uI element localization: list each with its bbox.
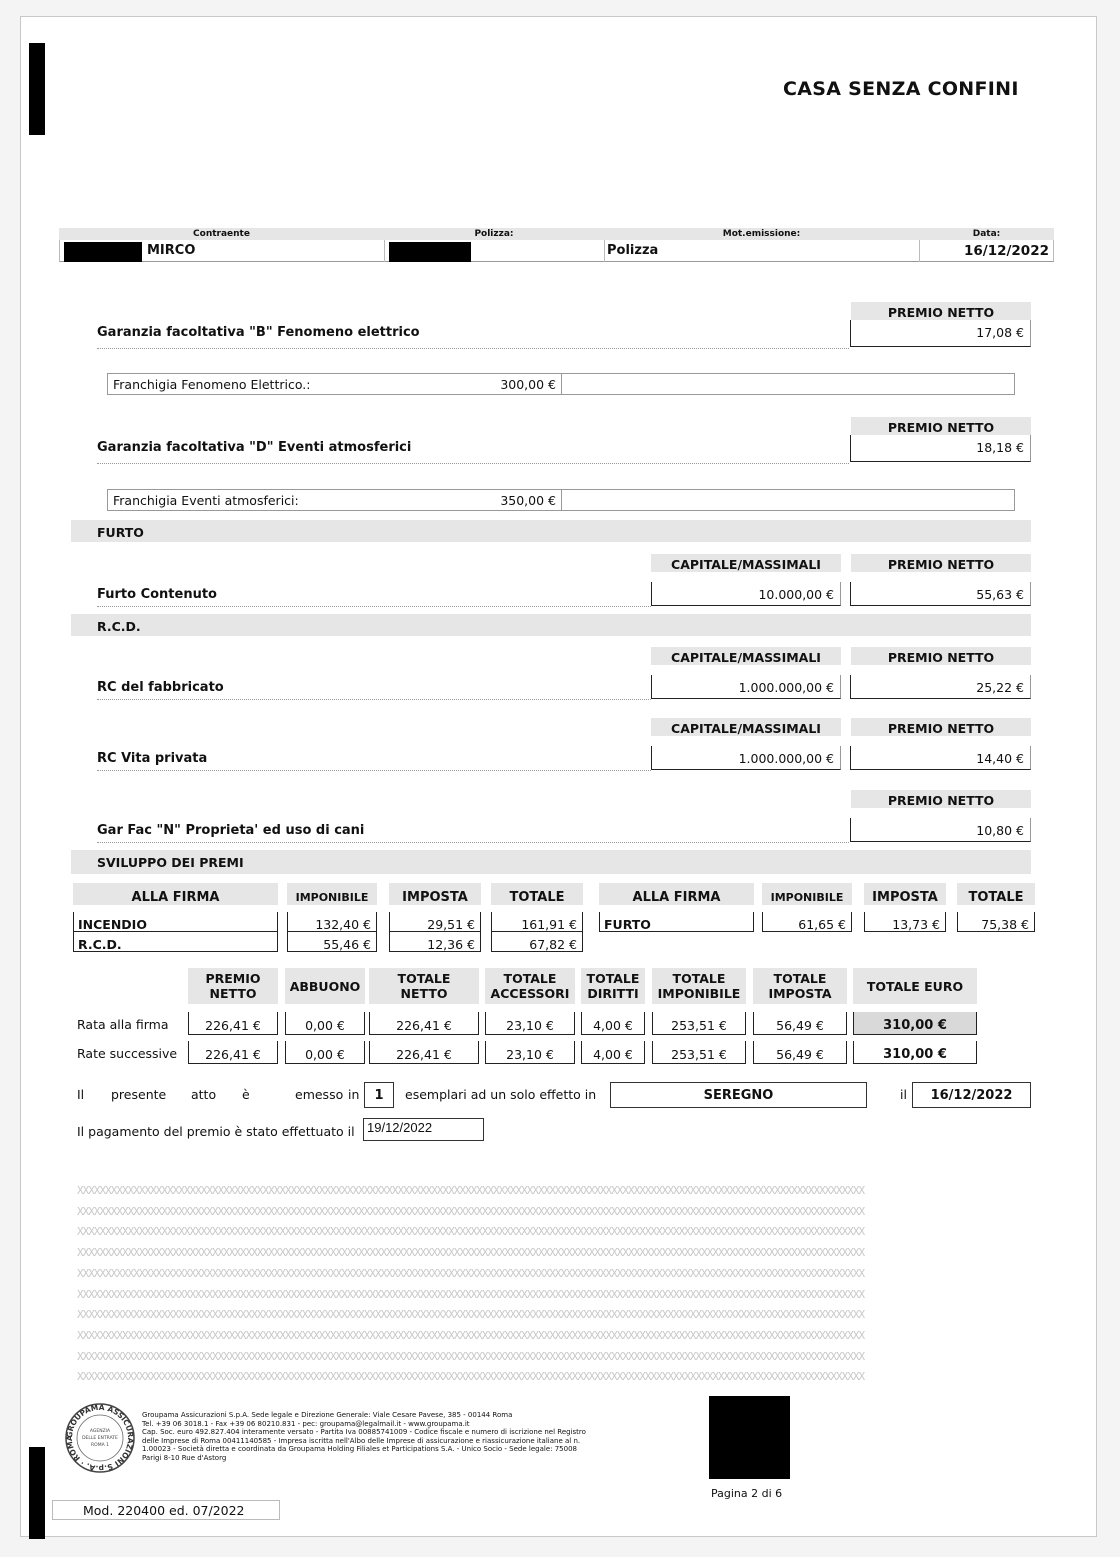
totals-header: TOTALE EURO bbox=[853, 968, 977, 1004]
premio-netto-header-d: PREMIO NETTO bbox=[851, 417, 1031, 435]
totals-header-label: PREMIO NETTO bbox=[191, 971, 276, 1001]
sviluppo-left-value: 67,82 € bbox=[491, 932, 583, 952]
guarantee-b-premio: 17,08 € bbox=[850, 320, 1031, 347]
totals-value: 0,00 € bbox=[285, 1012, 365, 1035]
page-number: Pagina 2 di 6 bbox=[711, 1487, 782, 1500]
guarantee-b-label: Garanzia facoltativa "B" Fenomeno elettr… bbox=[97, 325, 849, 349]
sviluppo-right-header: TOTALE bbox=[957, 883, 1035, 905]
totals-header: TOTALE NETTO bbox=[369, 968, 479, 1004]
sviluppo-left-value: 12,36 € bbox=[389, 932, 481, 952]
emission-date-box: 16/12/2022 bbox=[912, 1082, 1031, 1108]
totals-header: ABBUONO bbox=[285, 968, 365, 1004]
totals-value: 253,51 € bbox=[652, 1041, 746, 1064]
totals-value: 23,10 € bbox=[485, 1012, 575, 1035]
furto-contenuto-capitale: 10.000,00 € bbox=[651, 582, 841, 606]
totals-header-label: TOTALE ACCESSORI bbox=[488, 971, 573, 1001]
franchigia-d-box: Franchigia Eventi atmosferici: 350,00 € bbox=[107, 489, 1015, 511]
guarantee-d-label: Garanzia facoltativa "D" Eventi atmosfer… bbox=[97, 440, 849, 464]
totals-header-label: TOTALE IMPONIBILE bbox=[657, 971, 742, 1001]
totals-value: 56,49 € bbox=[753, 1041, 847, 1064]
data-label: Data: bbox=[919, 228, 1054, 240]
filler-row: XXXXXXXXXXXXXXXXXXXXXXXXXXXXXXXXXXXXXXXX… bbox=[77, 1225, 1022, 1238]
guarantee-d-premio: 18,18 € bbox=[850, 435, 1031, 462]
model-number-box: Mod. 220400 ed. 07/2022 bbox=[52, 1500, 280, 1520]
emission-word: presente bbox=[111, 1087, 166, 1102]
totals-value: 226,41 € bbox=[369, 1041, 479, 1064]
emission-word: è bbox=[242, 1087, 250, 1102]
totals-value: 0,00 € bbox=[285, 1041, 365, 1064]
document-page: CASA SENZA CONFINI Contraente Polizza: M… bbox=[20, 16, 1097, 1537]
svg-text:DELLE ENTRATE: DELLE ENTRATE bbox=[82, 1435, 118, 1441]
totals-row-label: Rata alla firma bbox=[77, 1017, 168, 1032]
totals-row-label: Rate successive bbox=[77, 1046, 177, 1061]
franchigia-d-value: 350,00 € bbox=[408, 493, 556, 508]
filler-row: XXXXXXXXXXXXXXXXXXXXXXXXXXXXXXXXXXXXXXXX… bbox=[77, 1267, 1022, 1280]
sviluppo-left-header: IMPOSTA bbox=[389, 883, 481, 905]
sviluppo-left-value: 132,40 € bbox=[287, 912, 377, 932]
totals-header-label: TOTALE NETTO bbox=[382, 971, 467, 1001]
sviluppo-right-header: IMPOSTA bbox=[864, 883, 946, 905]
barcode-redacted bbox=[709, 1396, 790, 1479]
totals-value: 56,49 € bbox=[753, 1012, 847, 1035]
company-stamp: GROUPAMA ASSICURAZIONI S.p.A. · ROMA AGE… bbox=[63, 1401, 137, 1475]
totals-value: 4,00 € bbox=[581, 1041, 645, 1064]
payment-date-box: 19/12/2022 bbox=[363, 1118, 484, 1141]
rc-vita-privata-premio: 14,40 € bbox=[850, 746, 1031, 770]
totals-header: TOTALE IMPOSTA bbox=[753, 968, 847, 1004]
filler-row: XXXXXXXXXXXXXXXXXXXXXXXXXXXXXXXXXXXXXXXX… bbox=[77, 1350, 1022, 1363]
emission-word: Il bbox=[77, 1087, 84, 1102]
section-furto: FURTO bbox=[71, 520, 1031, 542]
sviluppo-right-value: 61,65 € bbox=[762, 912, 852, 932]
totals-header: PREMIO NETTO bbox=[188, 968, 278, 1004]
sviluppo-left-value: 55,46 € bbox=[287, 932, 377, 952]
totals-header: TOTALE ACCESSORI bbox=[485, 968, 575, 1004]
copies-box: 1 bbox=[364, 1082, 394, 1108]
premio-header-furto: PREMIO NETTO bbox=[851, 554, 1031, 572]
mot-emissione-label: Mot.emissione: bbox=[604, 228, 919, 240]
il-text: il bbox=[900, 1087, 907, 1102]
sviluppo-left-value: 161,91 € bbox=[491, 912, 583, 932]
gar-fac-n-cani-premio: 10,80 € bbox=[850, 818, 1031, 842]
totals-header: TOTALE IMPONIBILE bbox=[652, 968, 746, 1004]
filler-row: XXXXXXXXXXXXXXXXXXXXXXXXXXXXXXXXXXXXXXXX… bbox=[77, 1308, 1022, 1321]
totals-header-label: ABBUONO bbox=[290, 979, 361, 994]
agenzia-entrate-stamp-icon: GROUPAMA ASSICURAZIONI S.p.A. · ROMA AGE… bbox=[63, 1401, 137, 1475]
document-title: CASA SENZA CONFINI bbox=[783, 78, 1019, 100]
totals-header-label: TOTALE IMPOSTA bbox=[758, 971, 843, 1001]
sviluppo-left-header: IMPONIBILE bbox=[287, 883, 377, 905]
totale-euro-value: 310,00 € bbox=[853, 1041, 977, 1064]
sviluppo-left-header: ALLA FIRMA bbox=[73, 883, 278, 905]
totale-euro-value: 310,00 € bbox=[853, 1012, 977, 1035]
data-value: 16/12/2022 bbox=[921, 241, 1049, 261]
sviluppo-right-value: 13,73 € bbox=[864, 912, 946, 932]
totals-value: 4,00 € bbox=[581, 1012, 645, 1035]
svg-text:AGENZIA: AGENZIA bbox=[90, 1428, 111, 1434]
franchigia-b-value: 300,00 € bbox=[408, 377, 556, 392]
furto-contenuto-premio: 55,63 € bbox=[850, 582, 1031, 606]
polizza-label: Polizza: bbox=[384, 228, 604, 240]
premio-netto-header-b: PREMIO NETTO bbox=[851, 302, 1031, 320]
rc-vita-privata-label: RC Vita privata bbox=[97, 751, 651, 771]
totals-header-label: TOTALE EURO bbox=[867, 979, 963, 994]
contraente-label: Contraente bbox=[59, 228, 384, 240]
contraente-name: MIRCO bbox=[147, 241, 195, 261]
totals-header: TOTALE DIRITTI bbox=[581, 968, 645, 1004]
redaction-bar-top bbox=[29, 43, 45, 135]
furto-contenuto-label: Furto Contenuto bbox=[97, 587, 651, 607]
rc-vita-privata-capitale: 1.000.000,00 € bbox=[651, 746, 841, 770]
sviluppo-right-row-label: FURTO bbox=[599, 912, 754, 932]
capitale-header-furto: CAPITALE/MASSIMALI bbox=[651, 554, 841, 572]
filler-row: XXXXXXXXXXXXXXXXXXXXXXXXXXXXXXXXXXXXXXXX… bbox=[77, 1205, 1022, 1218]
filler-row: XXXXXXXXXXXXXXXXXXXXXXXXXXXXXXXXXXXXXXXX… bbox=[77, 1184, 1022, 1197]
section-rcd: R.C.D. bbox=[71, 614, 1031, 636]
franchigia-b-label: Franchigia Fenomeno Elettrico.: bbox=[113, 377, 310, 392]
rc-fabbricato-premio: 25,22 € bbox=[850, 675, 1031, 699]
sviluppo-left-row-label: R.C.D. bbox=[73, 932, 278, 952]
totals-value: 226,41 € bbox=[369, 1012, 479, 1035]
totals-value: 253,51 € bbox=[652, 1012, 746, 1035]
place-box: SEREGNO bbox=[610, 1082, 867, 1108]
filler-row: XXXXXXXXXXXXXXXXXXXXXXXXXXXXXXXXXXXXXXXX… bbox=[77, 1288, 1022, 1301]
sviluppo-right-header: ALLA FIRMA bbox=[599, 883, 754, 905]
sviluppo-left-row-label: INCENDIO bbox=[73, 912, 278, 932]
polizza-number-redacted bbox=[389, 242, 471, 262]
franchigia-d-label: Franchigia Eventi atmosferici: bbox=[113, 493, 299, 508]
sviluppo-left-header: TOTALE bbox=[491, 883, 583, 905]
emission-word: atto bbox=[191, 1087, 216, 1102]
totals-value: 226,41 € bbox=[188, 1012, 278, 1035]
rc-fabbricato-label: RC del fabbricato bbox=[97, 680, 651, 700]
emission-word: in bbox=[348, 1087, 359, 1102]
sviluppo-right-header: IMPONIBILE bbox=[762, 883, 852, 905]
rc-fabbricato-capitale: 1.000.000,00 € bbox=[651, 675, 841, 699]
mot-emissione-value: Polizza bbox=[607, 241, 658, 261]
premio-header-cani: PREMIO NETTO bbox=[851, 790, 1031, 808]
header-table: Contraente Polizza: Mot.emissione: Data:… bbox=[59, 228, 1054, 264]
contraente-surname-redacted bbox=[64, 242, 142, 262]
filler-row: XXXXXXXXXXXXXXXXXXXXXXXXXXXXXXXXXXXXXXXX… bbox=[77, 1370, 1022, 1383]
premio-header-rc-fabbricato: PREMIO NETTO bbox=[851, 647, 1031, 665]
gar-fac-n-cani-label: Gar Fac "N" Proprieta' ed uso di cani bbox=[97, 823, 849, 843]
svg-text:ROMA 1: ROMA 1 bbox=[91, 1442, 109, 1448]
franchigia-b-box: Franchigia Fenomeno Elettrico.: 300,00 € bbox=[107, 373, 1015, 395]
emission-middle-text: esemplari ad un solo effetto in bbox=[405, 1087, 596, 1102]
emission-word: emesso bbox=[295, 1087, 343, 1102]
totals-value: 226,41 € bbox=[188, 1041, 278, 1064]
totals-value: 23,10 € bbox=[485, 1041, 575, 1064]
premio-header-rc-vita: PREMIO NETTO bbox=[851, 718, 1031, 736]
capitale-header-rc-vita: CAPITALE/MASSIMALI bbox=[651, 718, 841, 736]
totals-header-label: TOTALE DIRITTI bbox=[581, 971, 645, 1001]
filler-row: XXXXXXXXXXXXXXXXXXXXXXXXXXXXXXXXXXXXXXXX… bbox=[77, 1246, 1022, 1259]
sviluppo-right-value: 75,38 € bbox=[957, 912, 1035, 932]
payment-text: Il pagamento del premio è stato effettua… bbox=[77, 1124, 355, 1139]
section-sviluppo-premi: SVILUPPO DEI PREMI bbox=[71, 850, 1031, 874]
capitale-header-rc-fabbricato: CAPITALE/MASSIMALI bbox=[651, 647, 841, 665]
sviluppo-left-value: 29,51 € bbox=[389, 912, 481, 932]
company-legal-info: Groupama Assicurazioni S.p.A. Sede legal… bbox=[142, 1411, 622, 1463]
redaction-bar-bottom bbox=[29, 1447, 45, 1539]
filler-row: XXXXXXXXXXXXXXXXXXXXXXXXXXXXXXXXXXXXXXXX… bbox=[77, 1329, 1022, 1342]
